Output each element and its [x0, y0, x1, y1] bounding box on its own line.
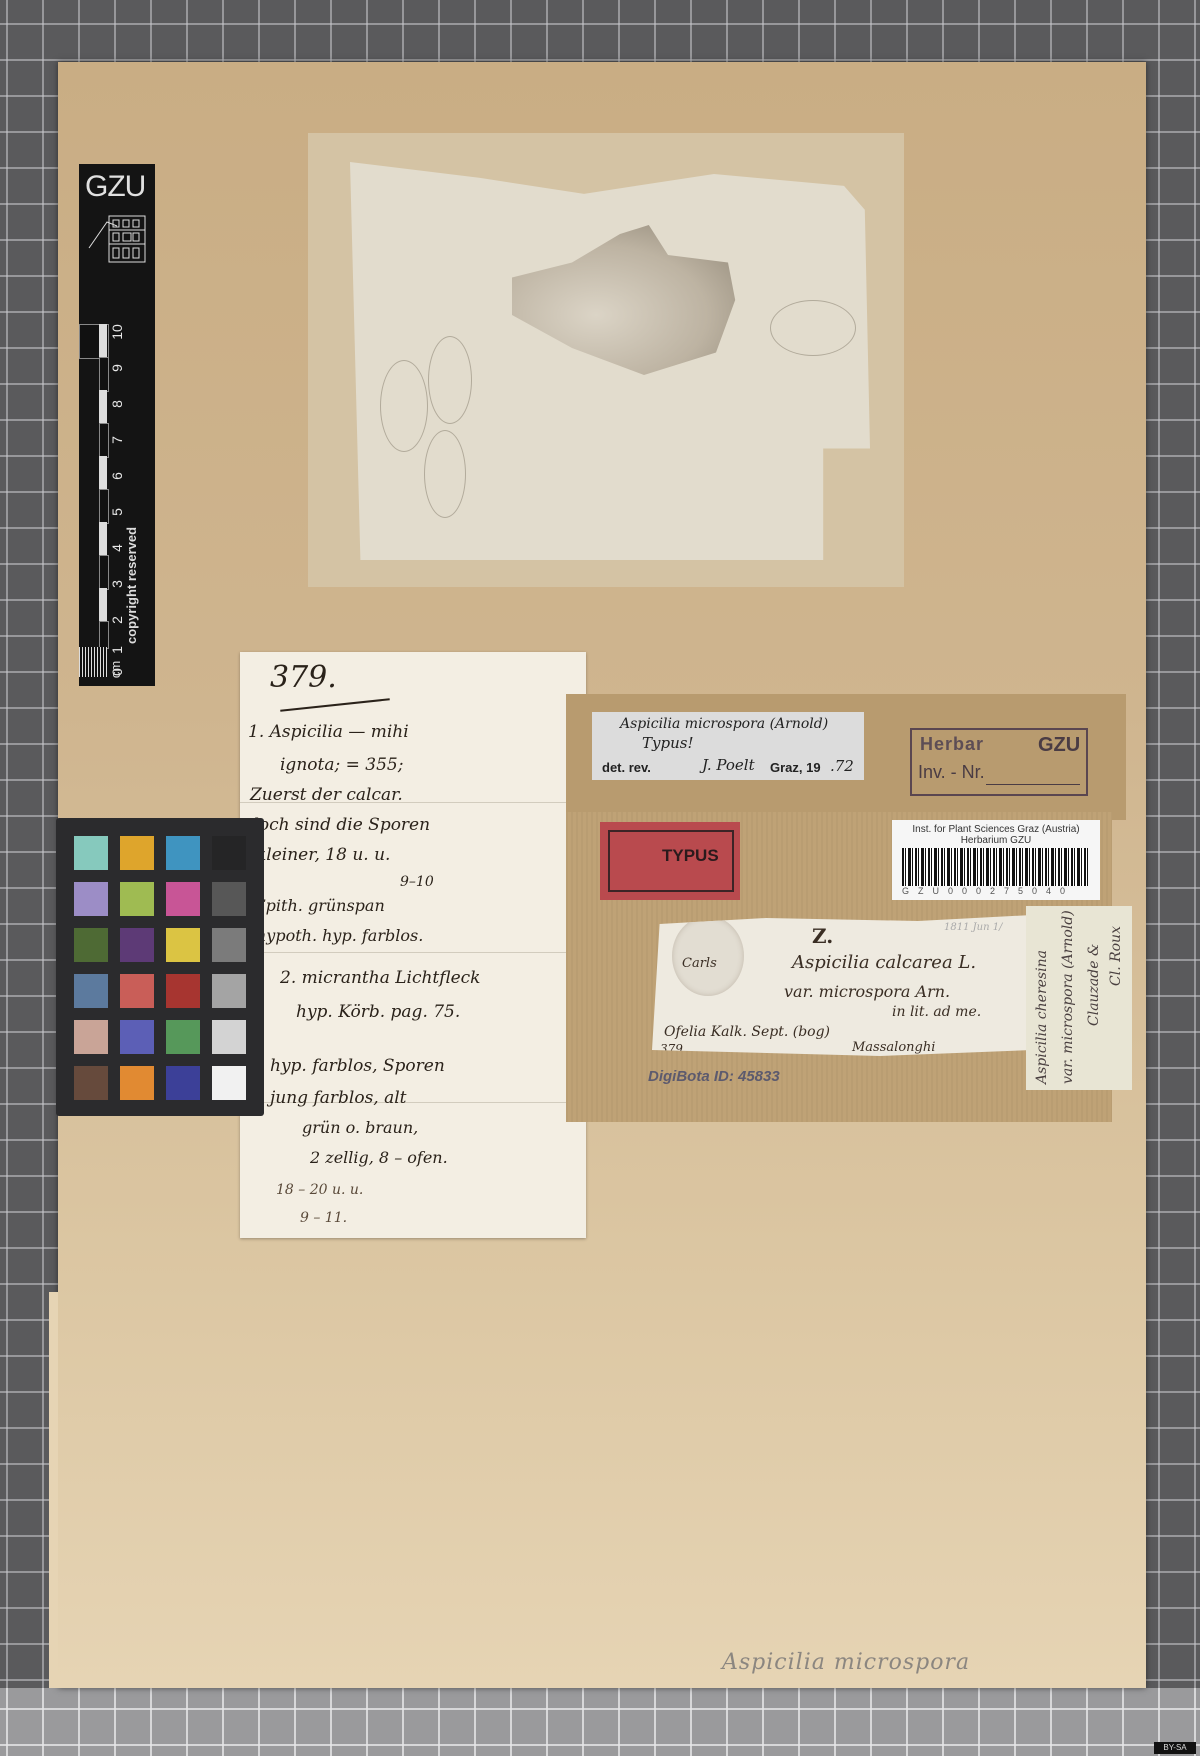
license-badge: BY-SA [1154, 1742, 1196, 1754]
handwritten-note: 379. 1. Aspicilia — mihi ignota; = 355; … [240, 652, 586, 1238]
barcode-label: Inst. for Plant Sciences Graz (Austria) … [892, 820, 1100, 900]
color-swatch [120, 928, 154, 962]
color-swatch [166, 974, 200, 1008]
scale-bar-institution: GZU [85, 170, 145, 204]
spore-sketch [380, 360, 428, 452]
color-swatch [74, 928, 108, 962]
det-determiner: J. Poelt [702, 756, 755, 774]
color-swatch [120, 882, 154, 916]
color-swatch [166, 836, 200, 870]
color-checker-card [56, 818, 264, 1116]
typus-label: TYPUS [600, 822, 740, 900]
det-taxon: Aspicilia microspora (Arnold) [620, 716, 828, 732]
color-swatch [120, 836, 154, 870]
color-swatch [212, 836, 246, 870]
color-swatch [166, 928, 200, 962]
color-swatch [120, 1020, 154, 1054]
barcode-icon [902, 848, 1088, 886]
color-swatch [74, 882, 108, 916]
copyright-text: copyright reserved [124, 464, 139, 644]
det-place-date: Graz, 19 [770, 760, 821, 775]
color-swatch [166, 1066, 200, 1100]
det-status: Typus! [642, 734, 693, 752]
color-swatch [74, 1020, 108, 1054]
det-year: .72 [830, 757, 854, 775]
building-logo-icon [87, 208, 147, 268]
herbarium-stamp: Herbar GZU Inv. - Nr. [910, 728, 1088, 796]
det-prefix: det. rev. [602, 760, 651, 775]
color-swatch [212, 974, 246, 1008]
note-number: 379. [270, 660, 337, 695]
sheet-taxon-name: Aspicilia microspora [722, 1650, 970, 1675]
digibota-id: DigiBota ID: 45833 [648, 1068, 780, 1085]
spore-sketch [770, 300, 856, 356]
background-grid-bottom [0, 1688, 1200, 1756]
scale-bar: GZU 10 9 8 7 6 5 4 3 2 1 0 [79, 164, 155, 686]
color-swatch [166, 1020, 200, 1054]
underline-stroke [280, 698, 390, 711]
color-swatch [212, 882, 246, 916]
color-swatch [120, 974, 154, 1008]
color-swatch [74, 836, 108, 870]
spore-sketch [424, 430, 466, 518]
color-swatch [120, 1066, 154, 1100]
color-swatch [74, 974, 108, 1008]
color-swatch [74, 1066, 108, 1100]
scale-ticks [79, 324, 107, 680]
color-swatch [212, 928, 246, 962]
color-swatch [212, 1066, 246, 1100]
annotation-slip: Aspicilia cheresina var. microspora (Arn… [1026, 906, 1132, 1090]
color-swatch [212, 1020, 246, 1054]
original-label: Carls Z. 1811 Jun 1/ Aspicilia calcarea … [652, 912, 1032, 1062]
scale-unit: cm [108, 661, 123, 678]
spore-sketch [428, 336, 472, 424]
determination-label: Aspicilia microspora (Arnold) Typus! det… [592, 712, 864, 780]
color-swatch [166, 882, 200, 916]
